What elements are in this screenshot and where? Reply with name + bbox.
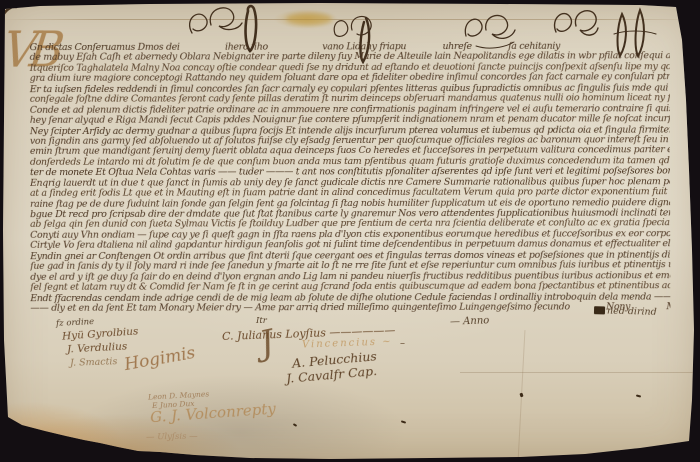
signature-2: J. Verdulius	[67, 340, 128, 355]
ink-speck	[636, 394, 641, 397]
ink-speck	[401, 420, 406, 423]
manuscript-photo: VB Gn dictas Conſeruamus Dmos dei ihero …	[0, 0, 700, 462]
signature-hogimis: Hogimis	[123, 343, 197, 375]
notary-subscription: ned dirind	[594, 305, 657, 318]
ink-speck	[519, 393, 523, 398]
parchment-sheet: VB Gn dictas Conſeruamus Dmos dei ihero …	[0, 0, 700, 462]
ink-dash-mark: –	[400, 338, 405, 349]
ink-speck	[293, 423, 297, 427]
signature-faded-ulyssis: — Ulyſsis —	[146, 432, 198, 443]
calligraphic-flourish-right-edge	[683, 22, 700, 74]
closing-note-ordine: fz ordine	[56, 317, 95, 329]
signature-faded-vincencius: Vincencius ~	[302, 336, 393, 350]
horizontal-crease-lower	[460, 372, 700, 373]
manuscript-text-block: Gn dictas Conſeruamus Dmos dei ihero fih…	[30, 41, 671, 314]
notary-subscription-text: ned dirind	[607, 306, 657, 318]
yellow-stain	[286, 13, 332, 25]
signature-3: J. Smactis	[70, 356, 118, 369]
corner-ink-mark	[0, 3, 18, 21]
notary-seal-mark	[594, 306, 605, 314]
closing-note-anno: — Anno	[450, 315, 490, 327]
manuscript-line: —— dly et en da ſent Et tam Monary Meier…	[30, 302, 670, 314]
